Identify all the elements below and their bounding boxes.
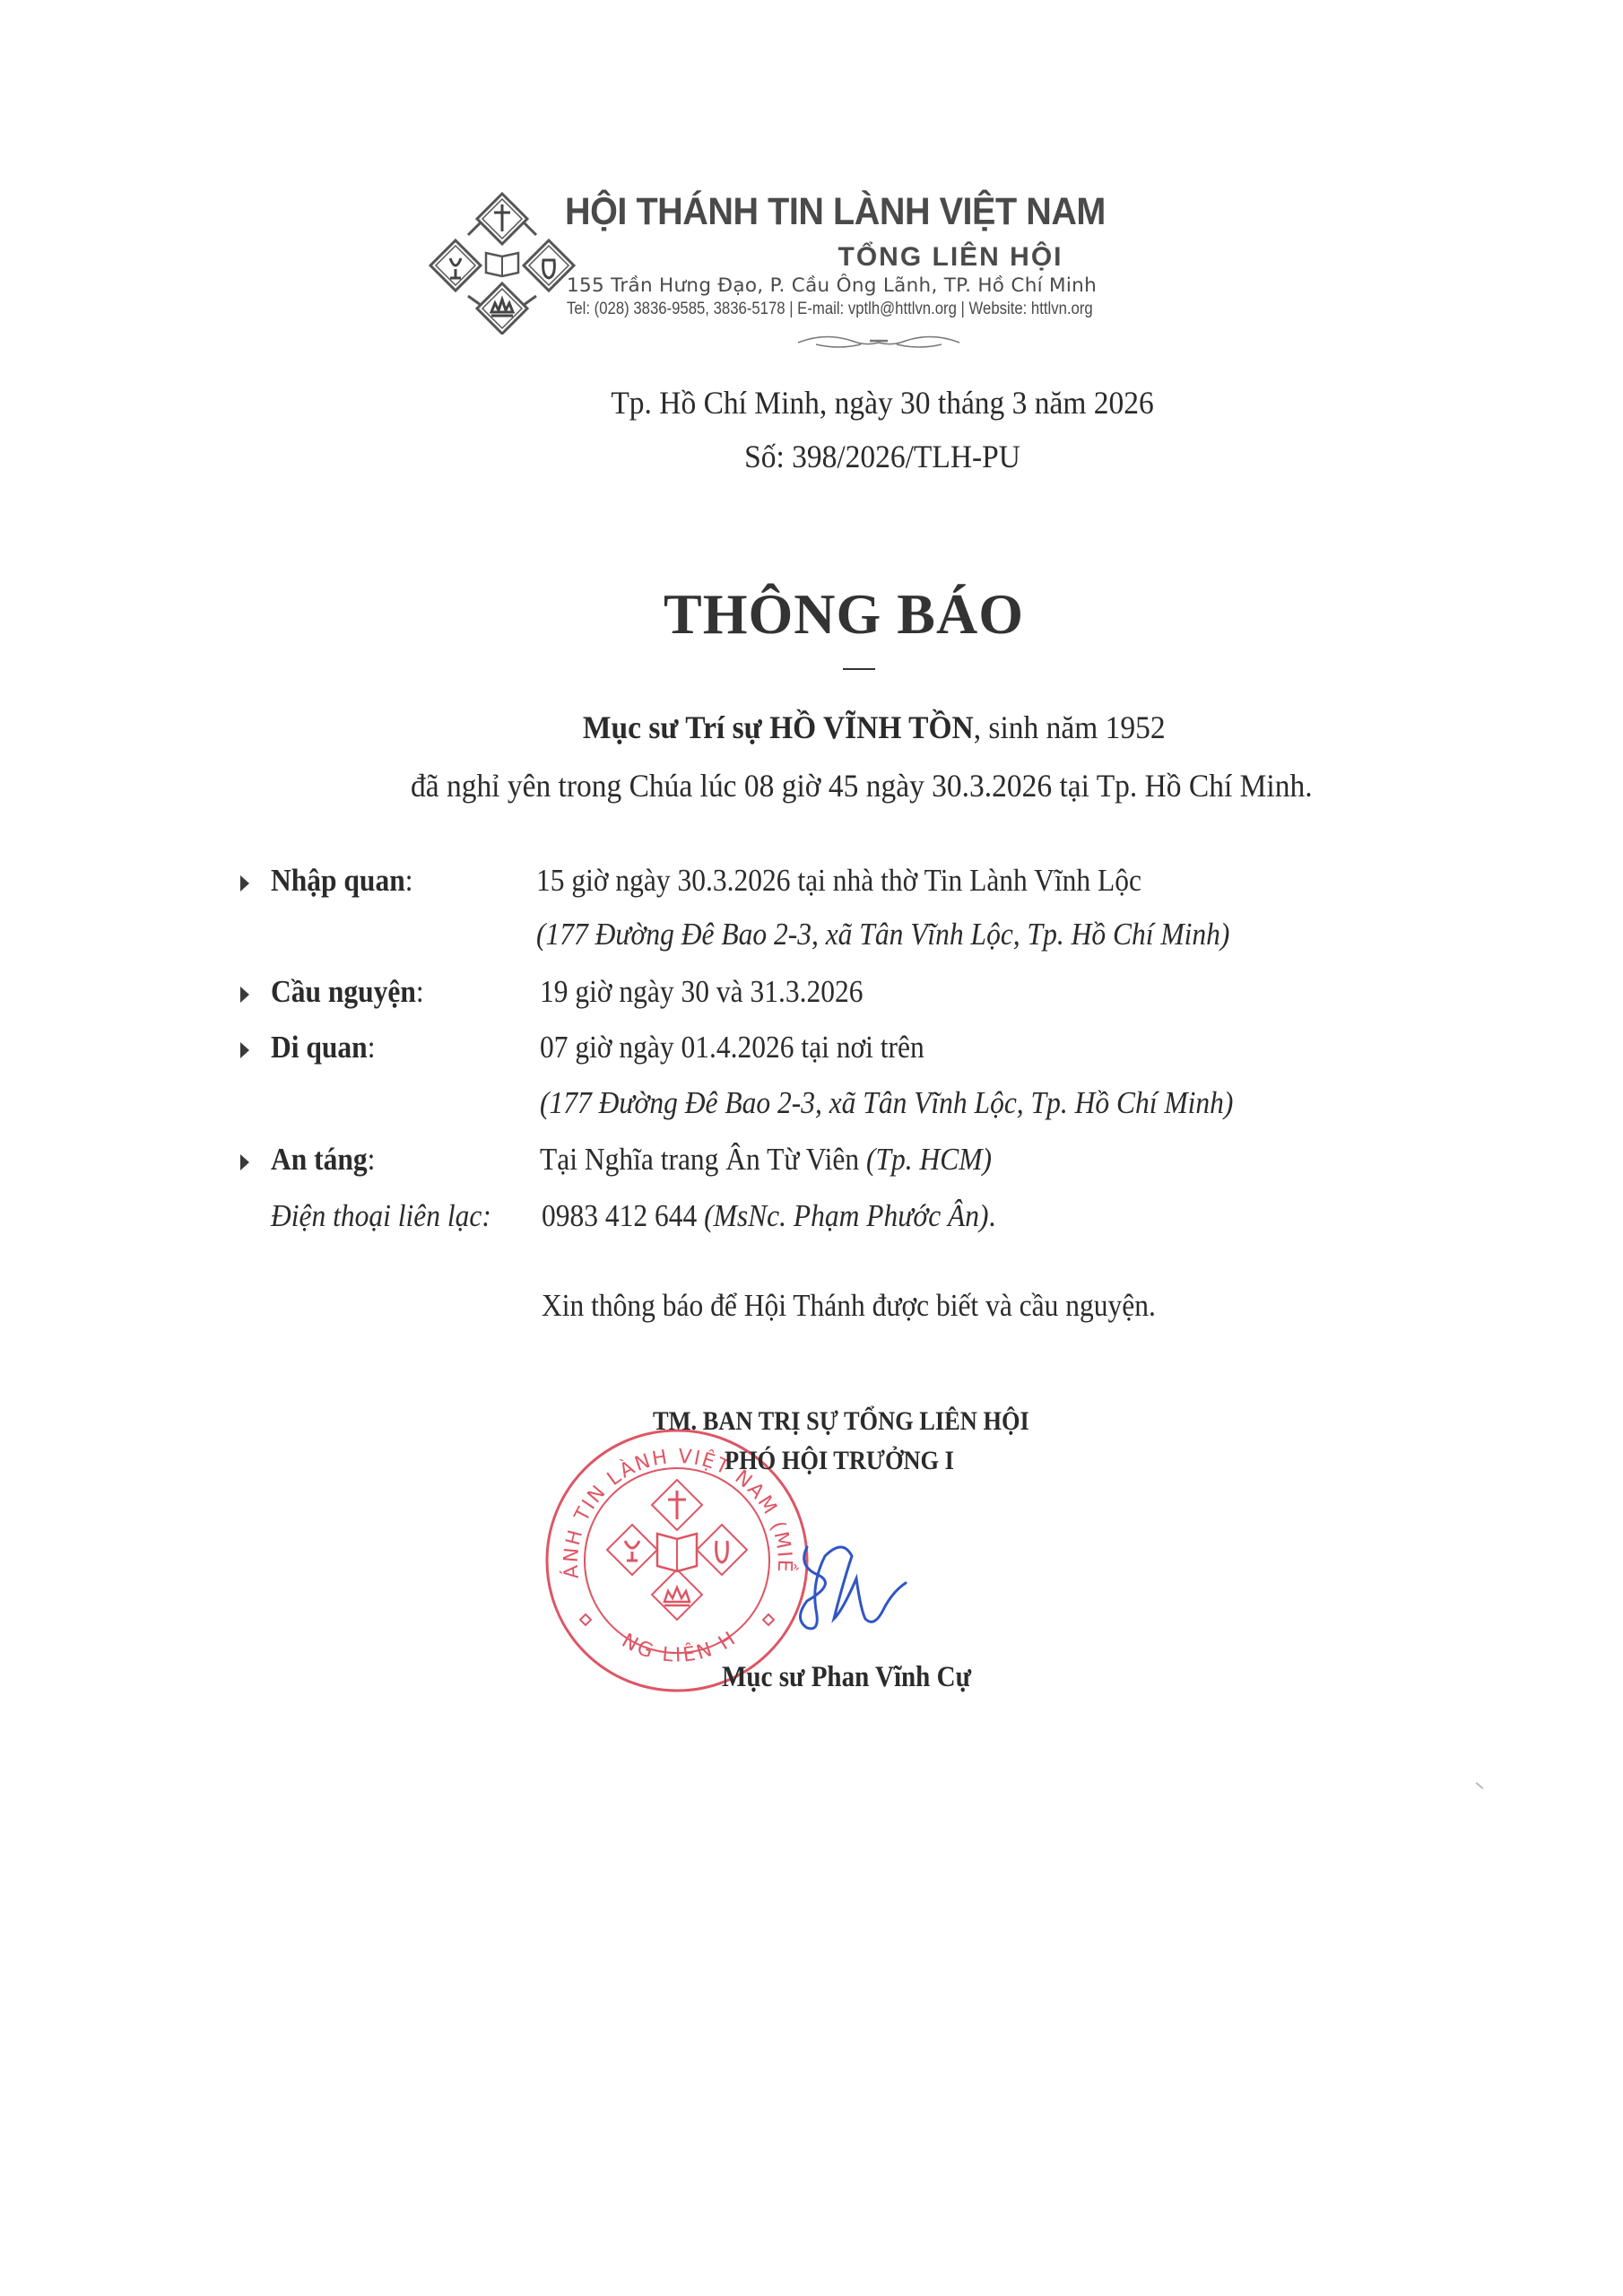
- schedule-value-an-tang: Tại Nghĩa trang Ân Từ Viên (Tp. HCM): [540, 1142, 992, 1178]
- bullet-triangle-icon: [240, 987, 249, 1003]
- schedule-value-cau-nguyen: 19 giờ ngày 30 và 31.3.2026: [540, 974, 864, 1010]
- signature-org-line: TM. BAN TRỊ SỰ TỔNG LIÊN HỘI: [653, 1406, 1029, 1437]
- org-contact: Tel: (028) 3836-9585, 3836-5178 | E-mail…: [567, 300, 1093, 319]
- contact-person: (MsNc. Phạm Phước Ân): [704, 1198, 988, 1233]
- bullet-triangle-icon: [240, 1154, 249, 1170]
- schedule-label-cau-nguyen: Cầu nguyện:: [271, 974, 424, 1010]
- schedule-label-di-quan: Di quan:: [271, 1030, 375, 1065]
- signature-title-line: PHÓ HỘI TRƯỞNG I: [725, 1446, 954, 1476]
- date-line: Tp. Hồ Chí Minh, ngày 30 tháng 3 năm 202…: [56, 384, 1566, 422]
- contact-label: Điện thoại liên lạc:: [271, 1198, 491, 1234]
- schedule-value-nhap-quan: 15 giờ ngày 30.3.2026 tại nhà thờ Tin Là…: [536, 863, 1141, 899]
- handwritten-signature-icon: [789, 1529, 942, 1646]
- closing-line: Xin thông báo để Hội Thánh được biết và …: [542, 1288, 1156, 1324]
- document-title: THÔNG BÁO: [0, 581, 1623, 648]
- flourish-ornament-icon: [789, 330, 968, 353]
- org-name: HỘI THÁNH TIN LÀNH VIỆT NAM: [565, 190, 1106, 234]
- title-divider: [843, 668, 875, 670]
- intro-line-1: Mục sư Trí sự HỒ VĨNH TỒN, sinh năm 1952: [56, 709, 1566, 746]
- bullet-triangle-icon: [240, 1042, 249, 1058]
- scan-speck: [1476, 1782, 1484, 1789]
- schedule-value-di-quan: 07 giờ ngày 01.4.2026 tại nơi trên: [540, 1030, 924, 1065]
- reference-number: Số: 398/2026/TLH-PU: [56, 438, 1566, 475]
- birth-year: , sinh năm 1952: [974, 709, 1166, 745]
- schedule-note-di-quan: (177 Đường Đê Bao 2-3, xã Tân Vĩnh Lộc, …: [540, 1085, 1233, 1121]
- bullet-triangle-icon: [240, 875, 249, 891]
- org-address: 155 Trần Hưng Đạo, P. Cầu Ông Lãnh, TP. …: [567, 274, 1097, 297]
- schedule-label-an-tang: An táng:: [271, 1142, 375, 1178]
- schedule-note-nhap-quan: (177 Đường Đê Bao 2-3, xã Tân Vĩnh Lộc, …: [536, 917, 1229, 952]
- contact-value: 0983 412 644 (MsNc. Phạm Phước Ân).: [542, 1198, 995, 1234]
- deceased-name: Mục sư Trí sự HỒ VĨNH TỒN: [583, 709, 974, 745]
- contact-phone: 0983 412 644: [542, 1198, 697, 1233]
- signer-name: Mục sư Phan Vĩnh Cự: [722, 1661, 971, 1694]
- intro-line-2: đã nghỉ yên trong Chúa lúc 08 giờ 45 ngà…: [56, 767, 1566, 804]
- schedule-label-nhap-quan: Nhập quan:: [271, 863, 412, 899]
- org-subtitle: TỔNG LIÊN HỘI: [0, 242, 1623, 273]
